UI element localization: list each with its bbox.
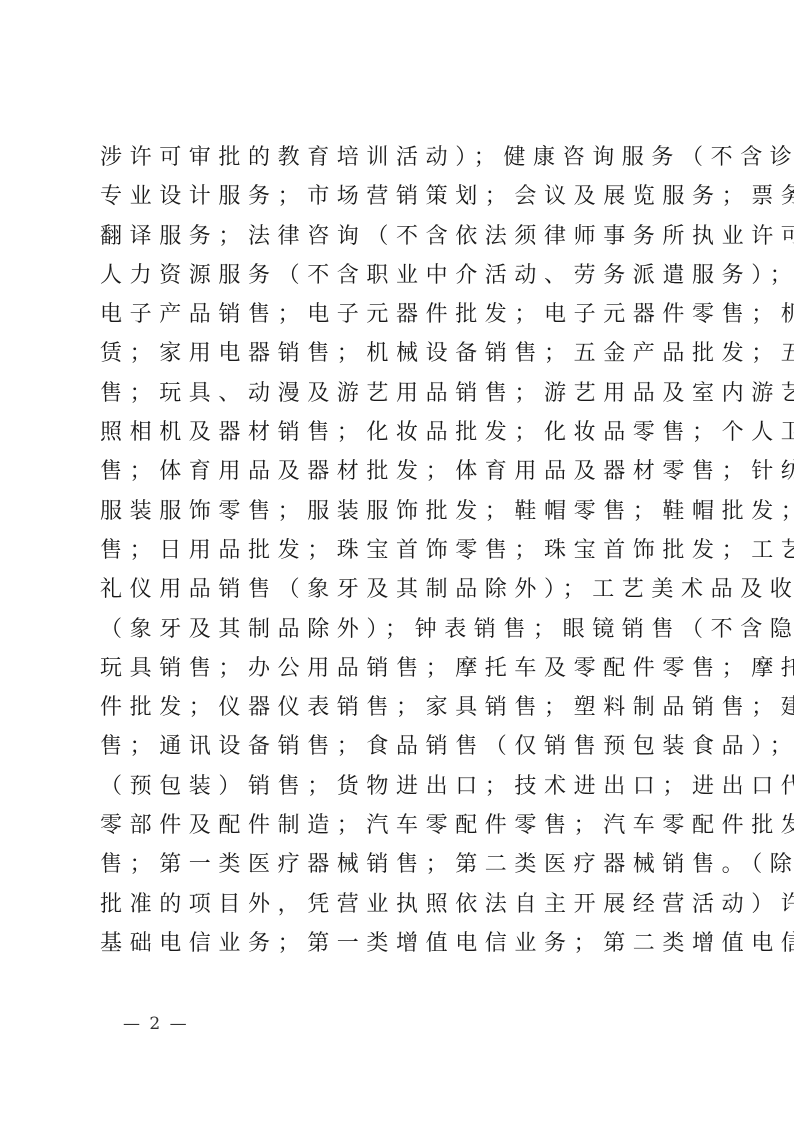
text-line: 售；玩具、动漫及游艺用品销售；游艺用品及室内游艺器材销售； <box>100 374 702 413</box>
text-line: 礼仪用品销售（象牙及其制品除外）；工艺美术品及收藏品批发 <box>100 570 702 609</box>
text-line: 批准的项目外，凭营业执照依法自主开展经营活动）许可项目： <box>100 885 702 924</box>
text-line: 售；第一类医疗器械销售；第二类医疗器械销售。（除依法须经 <box>100 845 702 884</box>
text-line: （象牙及其制品除外）；钟表销售；眼镜销售（不含隐形眼镜）； <box>100 610 702 649</box>
page-number: — 2 — <box>123 1014 189 1034</box>
text-line: 照相机及器材销售；化妆品批发；化妆品零售；个人卫生用品销 <box>100 413 702 452</box>
text-line: 服装服饰零售；服装服饰批发；鞋帽零售；鞋帽批发；日用品销 <box>100 492 702 531</box>
text-line: 专业设计服务；市场营销策划；会议及展览服务；票务代理服务； <box>100 177 702 216</box>
text-line: 人力资源服务（不含职业中介活动、劳务派遣服务）；软件销售； <box>100 256 702 295</box>
text-line: 电子产品销售；电子元器件批发；电子元器件零售；机械设备租 <box>100 295 702 334</box>
text-line: 涉许可审批的教育培训活动）；健康咨询服务（不含诊疗服务）； <box>100 138 702 177</box>
text-line: 售；日用品批发；珠宝首饰零售；珠宝首饰批发；工艺美术品及 <box>100 531 702 570</box>
text-line: 玩具销售；办公用品销售；摩托车及零配件零售；摩托车及零配 <box>100 649 702 688</box>
text-line: 件批发；仪器仪表销售；家具销售；塑料制品销售；建筑材料销 <box>100 688 702 727</box>
text-line: 基础电信业务；第一类增值电信业务；第二类增值电信业务；网 <box>100 924 702 963</box>
text-line: 售；通讯设备销售；食品销售（仅销售预包装食品）；保健食品 <box>100 727 702 766</box>
body-text: 涉许可审批的教育培训活动）；健康咨询服务（不含诊疗服务）； 专业设计服务；市场营… <box>100 138 710 963</box>
text-line: 赁；家用电器销售；机械设备销售；五金产品批发；五金产品零 <box>100 334 702 373</box>
text-line: 零部件及配件制造；汽车零配件零售；汽车零配件批发；汽车销 <box>100 806 702 845</box>
document-page: 涉许可审批的教育培训活动）；健康咨询服务（不含诊疗服务）； 专业设计服务；市场营… <box>0 0 794 1122</box>
text-line: 售；体育用品及器材批发；体育用品及器材零售；针纺织品销售； <box>100 452 702 491</box>
text-line: 翻译服务；法律咨询（不含依法须律师事务所执业许可的业务）； <box>100 217 702 256</box>
text-line: （预包装）销售；货物进出口；技术进出口；进出口代理；汽车 <box>100 767 702 806</box>
